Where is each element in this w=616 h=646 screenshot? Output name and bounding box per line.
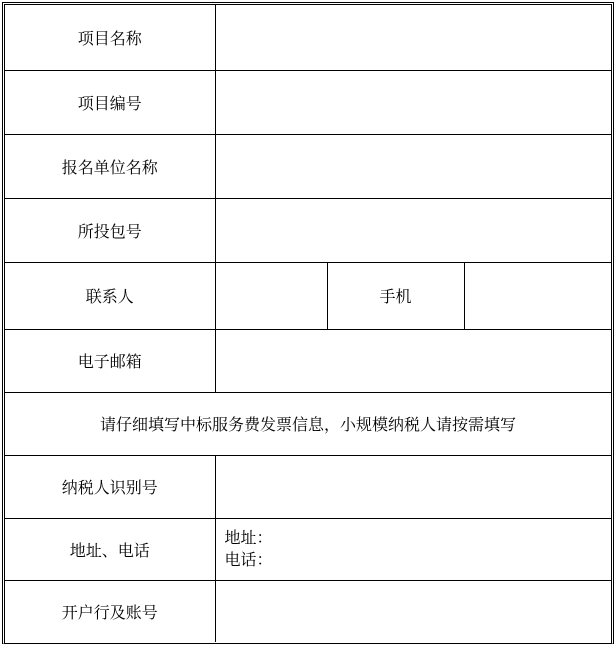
label-company-name: 报名单位名称 <box>5 134 215 198</box>
row-contact: 联系人 手机 <box>5 262 611 329</box>
row-company-name: 报名单位名称 <box>5 134 611 198</box>
address-label: 地址： <box>225 527 612 549</box>
label-contact-person: 联系人 <box>5 262 215 329</box>
label-package-number: 所投包号 <box>5 198 215 262</box>
row-package-number: 所投包号 <box>5 198 611 262</box>
row-address-phone: 地址、电话 地址： 电话： <box>5 518 611 580</box>
email-field[interactable] <box>215 329 611 392</box>
row-project-number: 项目编号 <box>5 70 611 134</box>
mobile-field[interactable] <box>464 262 611 329</box>
label-project-name: 项目名称 <box>5 5 215 70</box>
label-mobile: 手机 <box>327 262 464 329</box>
contact-person-field[interactable] <box>215 262 327 329</box>
project-number-field[interactable] <box>215 70 611 134</box>
label-taxpayer-id: 纳税人识别号 <box>5 455 215 518</box>
row-email: 电子邮箱 <box>5 329 611 392</box>
project-name-field[interactable] <box>215 5 611 70</box>
row-invoice-notice: 请仔细填写中标服务费发票信息，小规模纳税人请按需填写 <box>5 392 611 455</box>
row-project-name: 项目名称 <box>5 5 611 70</box>
company-name-field[interactable] <box>215 134 611 198</box>
invoice-notice: 请仔细填写中标服务费发票信息，小规模纳税人请按需填写 <box>5 392 611 455</box>
registration-form-table: 项目名称 项目编号 报名单位名称 所投包号 联系人 手机 电子邮箱 请仔细填写中… <box>5 5 611 642</box>
package-number-field[interactable] <box>215 198 611 262</box>
row-taxpayer-id: 纳税人识别号 <box>5 455 611 518</box>
phone-label: 电话： <box>225 549 612 571</box>
label-email: 电子邮箱 <box>5 329 215 392</box>
bank-account-field[interactable] <box>215 580 611 642</box>
label-project-number: 项目编号 <box>5 70 215 134</box>
taxpayer-id-field[interactable] <box>215 455 611 518</box>
label-bank-account: 开户行及账号 <box>5 580 215 642</box>
address-phone-field[interactable]: 地址： 电话： <box>215 518 611 580</box>
label-address-phone: 地址、电话 <box>5 518 215 580</box>
row-bank-account: 开户行及账号 <box>5 580 611 642</box>
